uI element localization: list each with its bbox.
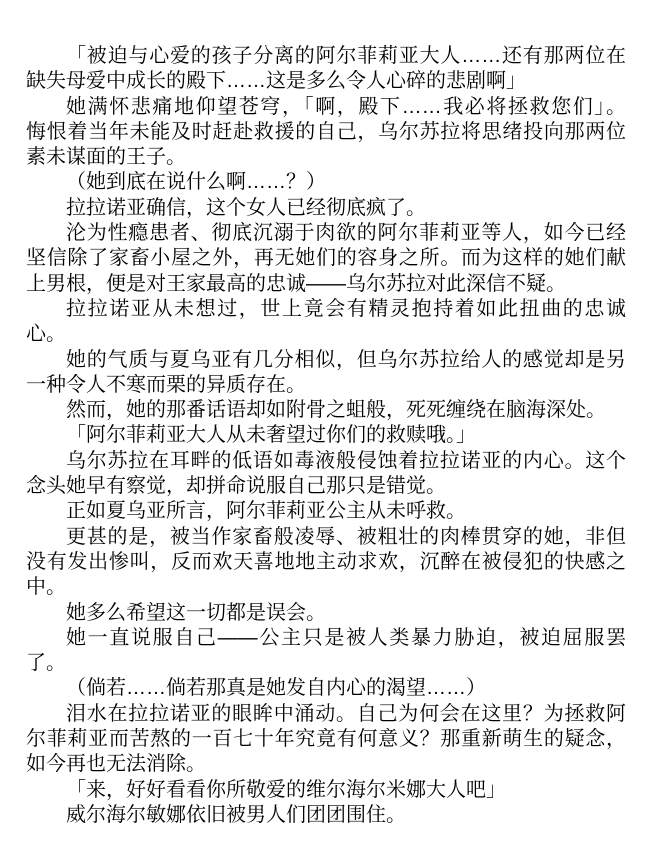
- text-line: 尔菲莉亚而苦熬的一百七十年究竟有何意义？那重新萌生的疑念，: [26, 727, 626, 752]
- page: 「被迫与心爱的孩子分离的阿尔菲莉亚大人……还有那两位在缺失母爱中成长的殿下……这…: [0, 0, 650, 850]
- text-line: 了。: [26, 651, 626, 676]
- text-line: 悔恨着当年未能及时赶赴救援的自己，乌尔苏拉将思绪投向那两位: [26, 120, 626, 145]
- text-line: 如今再也无法消除。: [26, 752, 626, 777]
- text-line: 她满怀悲痛地仰望苍穹，「啊，殿下……我必将拯救您们」。: [26, 95, 626, 120]
- text-line: 更甚的是，被当作家畜般凌辱、被粗壮的肉棒贯穿的她，非但: [26, 525, 626, 550]
- text-line: 「被迫与心爱的孩子分离的阿尔菲莉亚大人……还有那两位在: [26, 44, 626, 69]
- text-line: 她一直说服自己——公主只是被人类暴力胁迫，被迫屈服罢: [26, 626, 626, 651]
- text-line: 拉拉诺亚确信，这个女人已经彻底疯了。: [26, 196, 626, 221]
- text-line: 她多么希望这一切都是误会。: [26, 601, 626, 626]
- text-line: 缺失母爱中成长的殿下……这是多么令人心碎的悲剧啊」: [26, 69, 626, 94]
- novel-text-block: 「被迫与心爱的孩子分离的阿尔菲莉亚大人……还有那两位在缺失母爱中成长的殿下……这…: [26, 44, 626, 828]
- text-line: 拉拉诺亚从未想过，世上竟会有精灵抱持着如此扭曲的忠诚: [26, 297, 626, 322]
- text-line: 正如夏乌亚所言，阿尔菲莉亚公主从未呼救。: [26, 499, 626, 524]
- text-line: 上男根，便是对王家最高的忠诚——乌尔苏拉对此深信不疑。: [26, 272, 626, 297]
- text-line: 没有发出惨叫，反而欢天喜地地主动求欢，沉醉在被侵犯的快感之: [26, 550, 626, 575]
- text-line: 「来，好好看看你所敬爱的维尔海尔米娜大人吧」: [26, 778, 626, 803]
- text-line: 然而，她的那番话语却如附骨之蛆般，死死缠绕在脑海深处。: [26, 398, 626, 423]
- text-line: 念头她早有察觉，却拼命说服自己那只是错觉。: [26, 474, 626, 499]
- text-line: 威尔海尔敏娜依旧被男人们团团围住。: [26, 803, 626, 828]
- text-line: 泪水在拉拉诺亚的眼眸中涌动。自己为何会在这里？为拯救阿: [26, 702, 626, 727]
- text-line: （倘若……倘若那真是她发自内心的渴望……）: [26, 676, 626, 701]
- text-line: （她到底在说什么啊……？）: [26, 170, 626, 195]
- text-line: 中。: [26, 575, 626, 600]
- text-line: 心。: [26, 322, 626, 347]
- text-line: 素未谋面的王子。: [26, 145, 626, 170]
- text-line: 沦为性瘾患者、彻底沉溺于肉欲的阿尔菲莉亚等人，如今已经: [26, 221, 626, 246]
- text-line: 坚信除了家畜小屋之外，再无她们的容身之所。而为这样的她们献: [26, 246, 626, 271]
- text-line: 一种令人不寒而栗的异质存在。: [26, 373, 626, 398]
- text-line: 乌尔苏拉在耳畔的低语如毒液般侵蚀着拉拉诺亚的内心。这个: [26, 449, 626, 474]
- text-line: 她的气质与夏乌亚有几分相似，但乌尔苏拉给人的感觉却是另: [26, 348, 626, 373]
- text-line: 「阿尔菲莉亚大人从未奢望过你们的救赎哦。」: [26, 423, 626, 448]
